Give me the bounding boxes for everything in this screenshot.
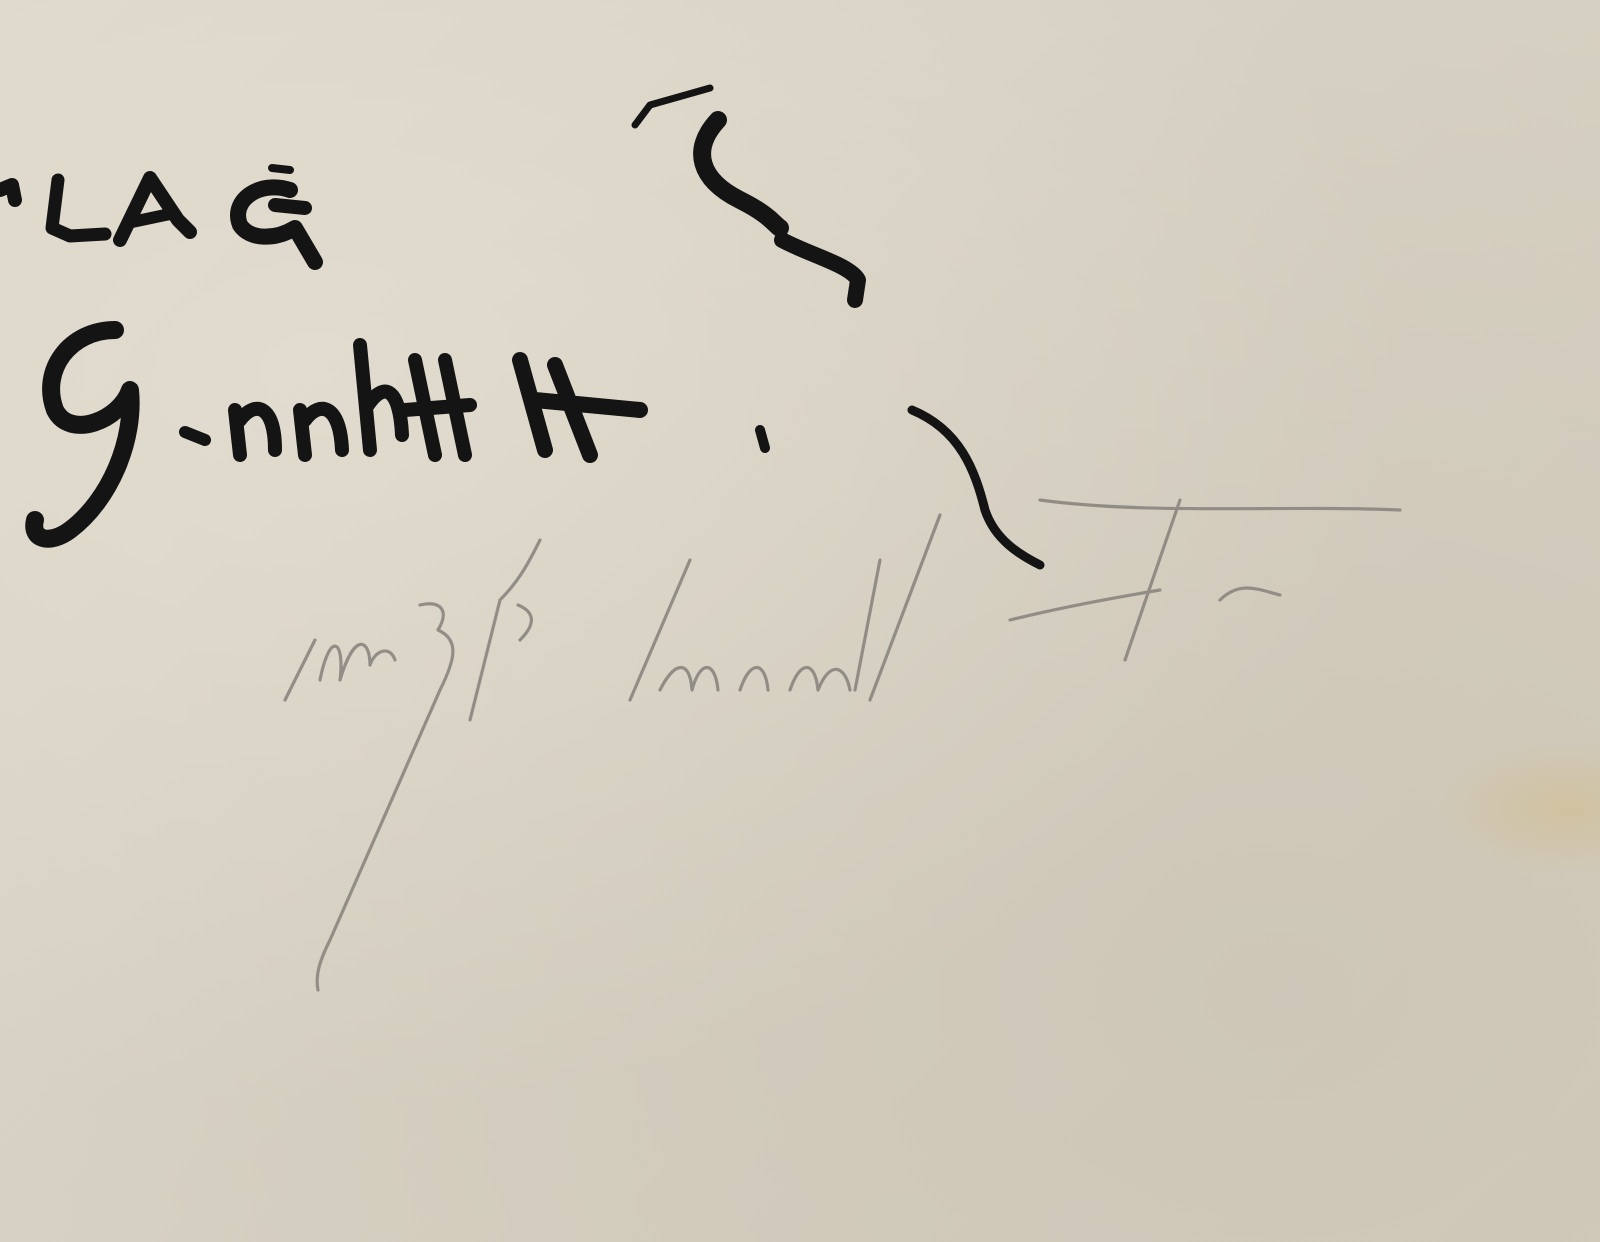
ink-flourish [635,88,1040,565]
ink-inscription-line2 [34,330,765,539]
ink-inscription-lag [0,168,315,262]
pencil-signature [285,500,1400,990]
artwork-marks [0,0,1600,1242]
